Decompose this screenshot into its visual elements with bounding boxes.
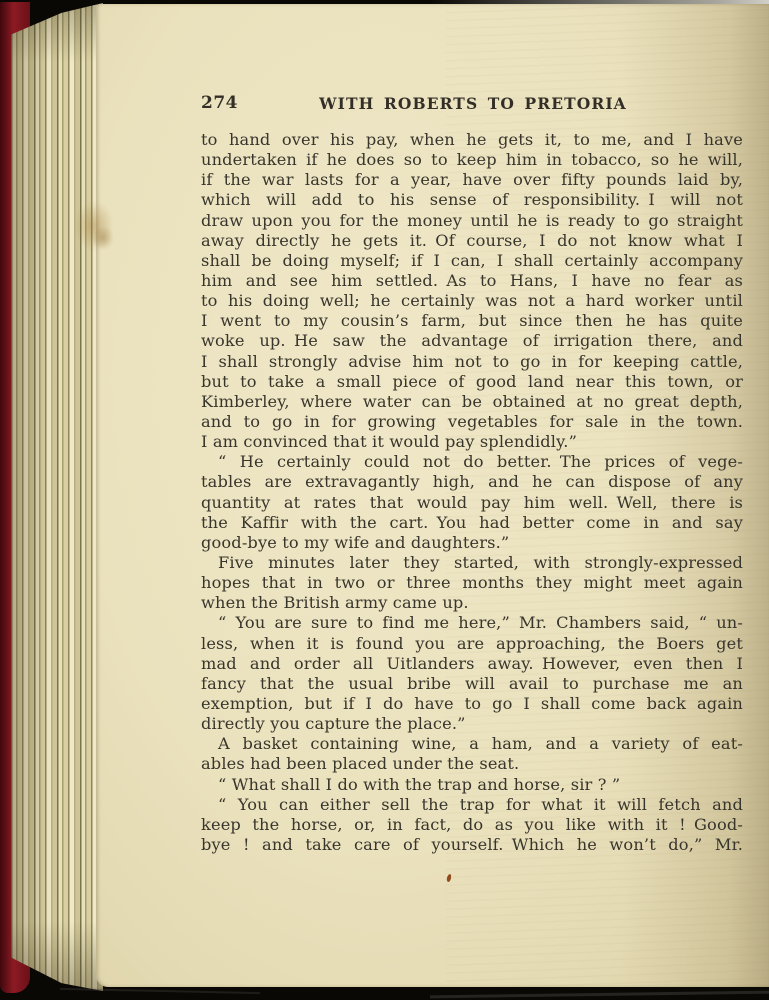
text-line: him and see him settled. As to Hans, I h… [201,271,743,291]
text-line: mad and order all Uitlanders away. Howev… [201,654,743,674]
text-line: A basket containing wine, a ham, and a v… [201,734,743,754]
book-page-scan: 274 WITH ROBERTS TO PRETORIA to hand ove… [0,0,769,1000]
text-line: if the war lasts for a year, have over f… [201,170,743,190]
running-head: 274 WITH ROBERTS TO PRETORIA [201,93,743,115]
text-line: tables are extravagantly high, and he ca… [201,472,743,492]
page-number: 274 [201,93,238,113]
text-line: I shall strongly advise him not to go in… [201,352,743,372]
text-line: undertaken if he does so to keep him in … [201,150,743,170]
text-line: hopes that in two or three months they m… [201,573,743,593]
text-line: good-bye to my wife and daughters.” [201,533,743,553]
text-line: “ You are sure to find me here,” Mr. Cha… [201,613,743,633]
text-line: when the British army came up. [201,593,743,613]
ink-speck [446,874,452,883]
book-bottom-edge [430,991,769,999]
running-title-wrap: WITH ROBERTS TO PRETORIA [261,94,685,113]
text-line: directly you capture the place.” [201,714,743,734]
page-stack-edges [11,3,103,991]
text-line: bye ! and take care of yourself. Which h… [201,835,743,855]
text-line: to hand over his pay, when he gets it, t… [201,130,743,150]
running-title: WITH ROBERTS TO PRETORIA [319,94,627,113]
text-line: away directly he gets it. Of course, I d… [201,231,743,251]
text-line: I am convinced that it would pay splendi… [201,432,743,452]
book-page: 274 WITH ROBERTS TO PRETORIA to hand ove… [96,4,769,987]
text-line: fancy that the usual bribe will avail to… [201,674,743,694]
text-line: Kimberley, where water can be obtained a… [201,392,743,412]
text-line: exemption, but if I do have to go I shal… [201,694,743,714]
text-line: and to go in for growing vegetables for … [201,412,743,432]
text-line: but to take a small piece of good land n… [201,372,743,392]
text-line: which will add to his sense of responsib… [201,190,743,210]
text-line: less, when it is found you are approachi… [201,634,743,654]
text-line: I went to my cousin’s farm, but since th… [201,311,743,331]
text-line: “ He certainly could not do better. The … [201,452,743,472]
text-line: keep the horse, or, in fact, do as you l… [201,815,743,835]
page-lines: to hand over his pay, when he gets it, t… [201,130,743,855]
text-line: the Kaffir with the cart. You had better… [201,513,743,533]
text-line: Five minutes later they started, with st… [201,553,743,573]
text-line: ables had been placed under the seat. [201,754,743,774]
text-line: quantity at rates that would pay him wel… [201,493,743,513]
text-line: “ What shall I do with the trap and hors… [201,775,743,795]
text-line: draw upon you for the money until he is … [201,211,743,231]
text-line: to his doing well; he certainly was not … [201,291,743,311]
book-bottom-edge [60,988,260,994]
text-line: shall be doing myself; if I can, I shall… [201,251,743,271]
text-line: “ You can either sell the trap for what … [201,795,743,815]
foxing-stain [92,226,114,250]
text-line: woke up. He saw the advantage of irrigat… [201,331,743,351]
